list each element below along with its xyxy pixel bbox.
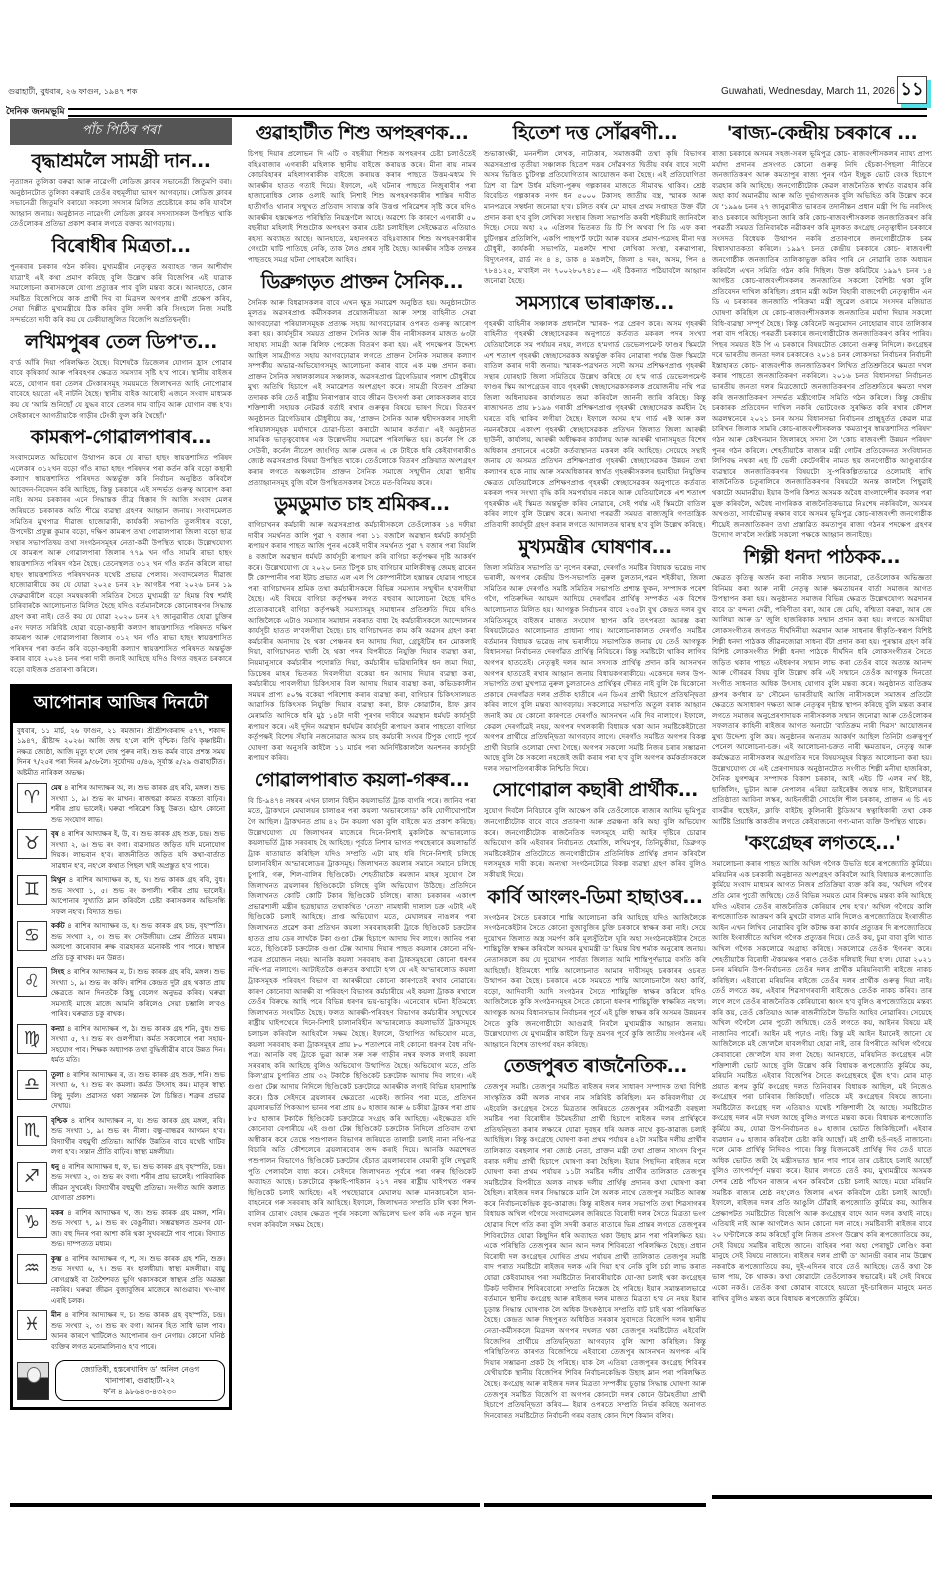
sign-name: তুলা	[51, 1071, 64, 1079]
dateline-assamese: গুৱাহাটী, বুধবাৰ, ২৬ ফাগুন, ১৯৪৭ শক	[8, 86, 137, 99]
headline: তেজপুৰত ৰাজনৈতিক...	[484, 1054, 706, 1078]
sign-name: মীন	[51, 1311, 61, 1319]
sign-text: ৰাশিৰ আদ্যাক্ষৰ দ, চ। শুভ কাৰক গ্ৰহ বৃহস…	[51, 1311, 225, 1351]
headline: লখিমপুৰৰ তেল ডিপ'ত...	[10, 330, 232, 354]
sign-name: ধনু	[51, 1163, 59, 1171]
sign-name: মিথুন	[51, 876, 66, 884]
headline: গোৱালপাৰাত কয়লা-গৰুৰ...	[248, 768, 476, 792]
headline: সোণোৱাল কছাৰী প্ৰাৰ্থীক...	[484, 778, 706, 802]
aquarius-icon: ♒	[17, 1254, 47, 1284]
cancer-icon: ♋	[17, 921, 47, 951]
sign-text: ৰাশিৰ আদ্যাক্ষৰ ৰ, ত। শুভ কাৰক গ্ৰহ শুক্…	[51, 1071, 225, 1111]
sign-text: ৰাশিৰ আদ্যাক্ষৰ প, ঠ। শুভ কাৰক গ্ৰহ শনি,…	[51, 1025, 225, 1065]
gemini-icon: ♊	[17, 875, 47, 905]
column-1: পাঁচ পিঠিৰ পৰা বৃদ্ধাশ্ৰমলৈ সামগ্ৰী দান.…	[10, 118, 232, 1410]
sign-name: কৰ্কট	[51, 922, 65, 930]
article-body: ক্ষেত্ৰত কৃতিত্ব অৰ্জন কৰা নাৰীক সন্মান …	[712, 573, 932, 827]
sign-row: ♊মিথুন ৪ ৰাশিৰ আদ্যাক্ষৰ ক, ছ, ঘ। শুভ কা…	[13, 873, 229, 919]
headline: বৃদ্ধাশ্ৰমলৈ সামগ্ৰী দান...	[10, 149, 232, 173]
sign-row: ♓মীন ৪ ৰাশিৰ আদ্যাক্ষৰ দ, চ। শুভ কাৰক গ্…	[13, 1308, 229, 1354]
sign-text: ৰাশিৰ আদ্যাক্ষৰ ই, উ, ব। শুভ কাৰক গ্ৰহ শ…	[51, 830, 225, 870]
headline: শিল্পী ধনদা পাঠকক...	[712, 545, 932, 569]
sign-text: ৰাশিৰ আদ্যাক্ষৰ খ, জ। শুভ কাৰক গ্ৰহ মঙ্গ…	[51, 1209, 225, 1249]
horoscope-intro: বুধবাৰ, ১১ মাৰ্চ, ২৬ ফাগুন, ২১ ৰমজান। শ্…	[13, 723, 229, 782]
article-body: ৰাজ্য চৰকাৰে অসমৰ সহজ-সৰল ভূমিপুত্ৰ কোচ-…	[712, 149, 932, 541]
article-body: গৃহৰক্ষী বাহিনীৰ সঞ্চালক প্ৰধানলৈ স্মাৰক…	[484, 319, 706, 531]
article-body: ব'ৰ্ড আঁৰি দিয়া পৰিলক্ষিত হৈছে। বিশেষকৈ…	[10, 358, 232, 422]
astrologer-phone: ফ'ন ৪ ৯৮৬৪৩-৪৩২৩০	[59, 1386, 221, 1397]
sagittarius-icon: ♐	[17, 1162, 47, 1192]
article-body: বাগিচাখনৰ কৰ্মচাৰী আৰু অৱসৰপ্ৰাপ্ত কৰ্মচ…	[248, 520, 476, 764]
bottom-rule-left	[10, 1503, 480, 1507]
horoscope-box: আপোনাৰ আজিৰ দিনটো বুধবাৰ, ১১ মাৰ্চ, ২৬ ফ…	[10, 684, 232, 1411]
sign-name: বৃষ	[51, 830, 59, 838]
article-body: সৈনিক আৰু বিধৱাসকলৰ বাবে এখন ক্ষুদ্ৰ সমা…	[248, 298, 476, 489]
sign-text: ৰাশিৰ আদ্যাক্ষৰ ক, ছ, ঘ। শুভ কাৰক গ্ৰহ ৰ…	[51, 876, 225, 916]
libra-icon: ♎	[17, 1070, 47, 1100]
article-body: জিলা সমিতিৰ সভাপতি ড' নৃপেন বৰুৱা, দেৰগা…	[484, 563, 706, 775]
headline: কামৰূপ-গোৱালপাৰাৰ...	[10, 425, 232, 449]
astrologer-photo	[17, 1362, 49, 1400]
sign-name: মেষ	[51, 784, 62, 792]
astrologer-name: জ্যোতিষী, হস্তৰেখাবিদ ড' অনিল নেওগ	[59, 1364, 221, 1375]
capricorn-icon: ♑	[17, 1208, 47, 1238]
page-number: ১১	[897, 76, 927, 104]
sign-name: মকৰ	[51, 1209, 64, 1217]
column-3: হিতেশ দত্ত সোঁৱৰণী... শুভাকাংক্ষী, মননশী…	[484, 118, 706, 1425]
headline: 'কংগ্ৰেছৰ লগতহে...'	[712, 831, 932, 855]
sign-row: ♉বৃষ ৪ ৰাশিৰ আদ্যাক্ষৰ ই, উ, ব। শুভ কাৰক…	[13, 827, 229, 873]
bottom-rule-right	[712, 1495, 932, 1499]
header-rule	[6, 108, 927, 117]
horoscope-title: আপোনাৰ আজিৰ দিনটো	[13, 687, 229, 723]
taurus-icon: ♉	[17, 829, 47, 859]
article-body: নৃত্যাঙ্গন তুলিকা বৰুৱা আৰু নাৱেংগী লেডি…	[10, 177, 232, 230]
headline: গুৱাহাটীত শিশু অপহৰণক...	[248, 121, 476, 145]
dateline-english: Guwahati, Wednesday, March 11, 2026	[721, 86, 895, 97]
article-body: সুযোগ দিবলৈ নিবিচাৰে বুলি আক্ষেপ কৰি তেও…	[484, 806, 706, 880]
column-4: 'ৰাজ্য-কেন্দ্ৰীয় চৰকাৰে ... ৰাজ্য চৰকাৰ…	[712, 118, 932, 1308]
sign-name: সিংহ	[51, 968, 64, 976]
paper-name: দৈনিক জনমভূমি	[6, 104, 68, 119]
astrologer-card: জ্যোতিষী, হস্তৰেখাবিদ ড' অনিল নেওগ খানাপ…	[55, 1360, 225, 1401]
sign-row: ♒কুম্ভ ৪ ৰাশিৰ আদ্যাক্ষৰ গ, শ, স। শুভ কা…	[13, 1252, 229, 1309]
scorpio-icon: ♏	[17, 1116, 47, 1146]
headline: সমস্যাৰে ভাৰাক্ৰান্ত...	[484, 291, 706, 315]
aries-icon: ♈	[17, 783, 47, 813]
headline: বিৰোধীৰ মিত্ৰতা...	[10, 234, 232, 258]
sign-name: কন্যা	[51, 1025, 64, 1033]
article-body: সংগঠনৰ সৈতে চৰকাৰে শান্তি আলোচনা কৰি আহি…	[484, 913, 706, 1051]
sign-row: ♎তুলা ৪ ৰাশিৰ আদ্যাক্ষৰ ৰ, ত। শুভ কাৰক গ…	[13, 1068, 229, 1114]
sign-row: ♋কৰ্কট ৪ ৰাশিৰ আদ্যাক্ষৰ ড, হ। শুভ কাৰক …	[13, 919, 229, 965]
leo-icon: ♌	[17, 967, 47, 997]
horoscope-signs: ♈মেষ ৪ ৰাশিৰ আদ্যাক্ষৰ অ, ল। শুভ কাৰক গ্…	[13, 781, 229, 1354]
column-2: গুৱাহাটীত শিশু অপহৰণক... চিপছ দিয়াৰ প্ৰ…	[248, 118, 476, 1234]
headline: 'ৰাজ্য-কেন্দ্ৰীয় চৰকাৰে ...	[712, 121, 932, 145]
astrologer-address: খানাপাৰা, গুৱাহাটী-২২	[59, 1375, 221, 1386]
virgo-icon: ♍	[17, 1024, 47, 1054]
sign-name: বৃশ্চিক	[51, 1117, 67, 1125]
article-body: পুনৰবাৰ চৰকাৰ গঠন কৰিব। মুখ্যমন্ত্ৰীৰ নে…	[10, 262, 232, 326]
sign-row: ♌সিংহ ৪ ৰাশিৰ আদ্যাক্ষৰ ম, ট। শুভ কাৰক গ…	[13, 965, 229, 1022]
sign-text: ৰাশিৰ আদ্যাক্ষৰ ন, য। শুভ কাৰক গ্ৰহ মঙ্গ…	[51, 1117, 225, 1157]
sign-text: ৰাশিৰ আদ্যাক্ষৰ ধ, ফ, ভ। শুভ কাৰক গ্ৰহ ব…	[51, 1163, 225, 1203]
article-body: চিপছ দিয়াৰ প্ৰলোভন দি এটি ৩ বছৰীয়া শিশ…	[248, 149, 476, 266]
sign-text: ৰাশিৰ আদ্যাক্ষৰ অ, ল। শুভ কাৰক গ্ৰহ ৰবি,…	[51, 784, 225, 824]
article-body: সমালোচনা কৰাৰ পাছত আজি অখিল গগৈক উভতি ধৰ…	[712, 859, 932, 1304]
sign-text: ৰাশিৰ আদ্যাক্ষৰ ম, ট। শুভ কাৰক গ্ৰহ ৰবি,…	[51, 968, 225, 1018]
top-margin	[0, 0, 945, 68]
headline: ডুমডুমাত চাহ শ্ৰমিকৰ...	[248, 492, 476, 516]
sign-row: ♈মেষ ৪ ৰাশিৰ আদ্যাক্ষৰ অ, ল। শুভ কাৰক গ্…	[13, 781, 229, 827]
continued-banner: পাঁচ পিঠিৰ পৰা	[10, 118, 232, 145]
headline: মুখ্যমন্ত্ৰীৰ ঘোষণাৰ...	[484, 535, 706, 559]
sign-row: ♑মকৰ ৪ ৰাশিৰ আদ্যাক্ষৰ খ, জ। শুভ কাৰক গ্…	[13, 1206, 229, 1252]
headline: ডিব্ৰুগড়ত প্ৰাক্তন সৈনিক...	[248, 270, 476, 294]
sign-name: কুম্ভ	[51, 1255, 61, 1263]
article-body: সংবাদমেলত অভিযোগ উত্থাপন কৰে যে ৰাভা হাছ…	[10, 453, 232, 675]
headline: হিতেশ দত্ত সোঁৱৰণী...	[484, 121, 706, 145]
sign-row: ♐ধনু ৪ ৰাশিৰ আদ্যাক্ষৰ ধ, ফ, ভ। শুভ কাৰক…	[13, 1160, 229, 1206]
article-body: শুভাকাংক্ষী, মননশীল লেখক, নাট্যকাৰ, সমাজ…	[484, 149, 706, 287]
headline: কাৰ্বি আংলং-ডিমা হাছাওৰ...	[484, 885, 706, 909]
bottom-rule-mid	[484, 1503, 706, 1507]
sign-text: ৰাশিৰ আদ্যাক্ষৰ গ, শ, স। শুভ কাৰক গ্ৰহ শ…	[51, 1255, 225, 1305]
article-body: তেজপুৰ সমষ্টি। তেজপুৰ সমষ্টিত ৰাইজৰ দলৰ …	[484, 1082, 706, 1421]
astrologer-credit: জ্যোতিষী, হস্তৰেখাবিদ ড' অনিল নেওগ খানাপ…	[13, 1354, 229, 1407]
sign-text: ৰাশিৰ আদ্যাক্ষৰ ড, হ। শুভ কাৰক গ্ৰহ চন্দ…	[51, 922, 225, 962]
sign-row: ♏বৃশ্চিক ৪ ৰাশিৰ আদ্যাক্ষৰ ন, য। শুভ কাৰ…	[13, 1114, 229, 1160]
sign-row: ♍কন্যা ৪ ৰাশিৰ আদ্যাক্ষৰ প, ঠ। শুভ কাৰক …	[13, 1022, 229, 1068]
pisces-icon: ♓	[17, 1310, 47, 1340]
article-body: বি চি-৯৪৭৪ নম্বৰৰ এখন চালান বিহীন কয়লাভ…	[248, 796, 476, 1230]
